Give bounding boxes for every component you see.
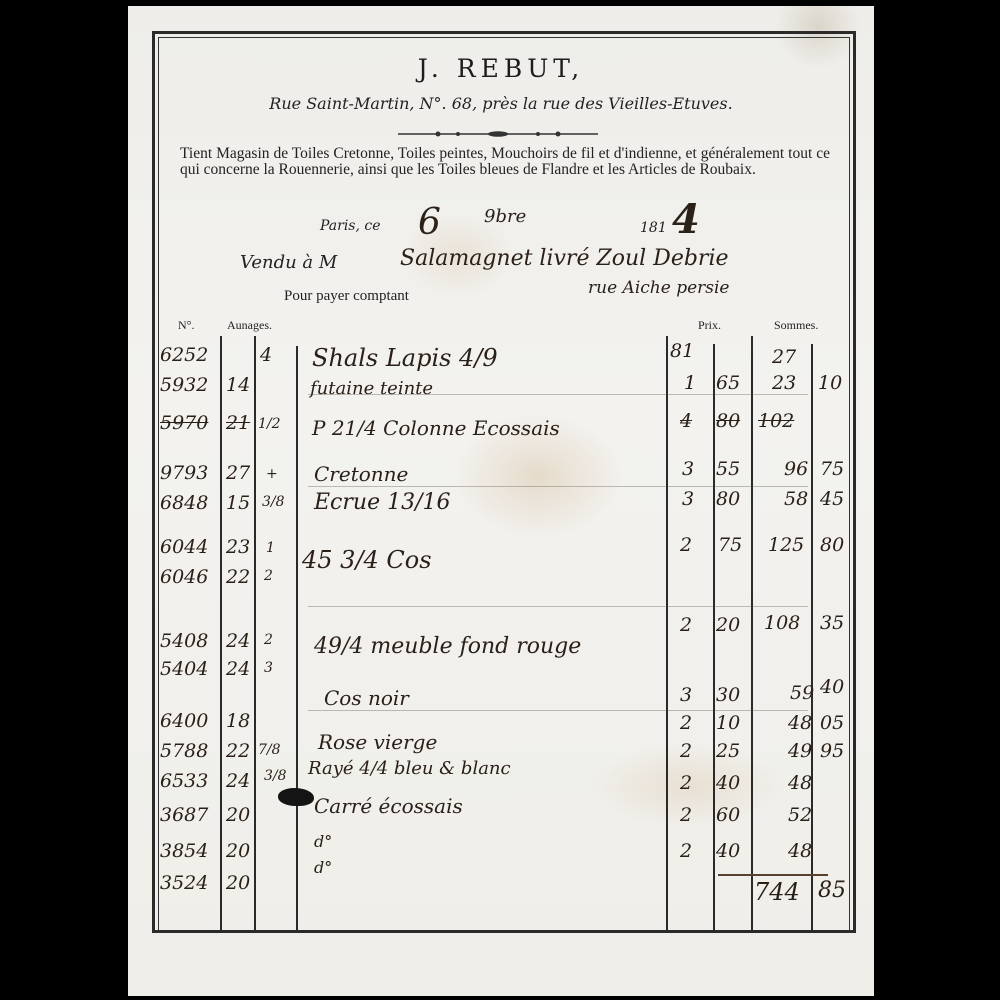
payment-terms: Pour payer comptant [284, 288, 409, 305]
date-day: 6 [418, 202, 441, 243]
item-number: 6252 [160, 344, 208, 366]
item-fraction: 1/2 [258, 416, 281, 432]
customer-name: Salamagnet livré Zoul Debrie [400, 246, 729, 271]
item-sum-francs: 52 [788, 804, 812, 826]
item-number: 6848 [160, 492, 208, 514]
item-fraction: 3/8 [264, 768, 287, 784]
item-description: Rayé 4/4 bleu & blanc [308, 758, 511, 779]
item-price-centimes: 60 [716, 804, 740, 826]
item-price-francs: 1 [684, 372, 696, 394]
item-sum-francs: 59 [790, 682, 814, 704]
total-rule [718, 874, 828, 876]
item-description: Cretonne [314, 462, 408, 486]
header-prix: Prix. [698, 318, 721, 333]
item-number: 3687 [160, 804, 208, 826]
item-price-centimes: 55 [716, 458, 740, 480]
customer-address: rue Aiche persie [588, 278, 729, 298]
item-price-centimes: 40 [716, 840, 740, 862]
date-label: Paris, ce [320, 218, 381, 234]
item-description: Rose vierge [318, 730, 437, 754]
item-number: 6044 [160, 536, 208, 558]
item-sum-francs: 58 [784, 488, 808, 510]
item-price-francs: 2 [680, 614, 692, 636]
item-description: Carré écossais [314, 794, 463, 818]
item-price-centimes: 65 [716, 372, 740, 394]
item-aunes: 20 [226, 804, 250, 826]
item-sum-centimes: 10 [818, 372, 842, 394]
item-sum-francs: 125 [768, 534, 804, 556]
item-number: 6400 [160, 710, 208, 732]
ruled-line [308, 606, 808, 607]
rule-desc [666, 336, 668, 933]
item-price-francs: 3 [682, 488, 694, 510]
item-sum-centimes: 40 [820, 676, 844, 698]
merchant-name: J. REBUT, [128, 54, 874, 83]
item-number: 5404 [160, 658, 208, 680]
date-month: 9bre [484, 206, 526, 227]
header-number: N°. [178, 318, 194, 333]
rule-aunes [254, 336, 256, 933]
item-aunes: 15 [226, 492, 250, 514]
item-aunes: 20 [226, 872, 250, 894]
item-price-francs: 2 [680, 740, 692, 762]
item-aunes: 20 [226, 840, 250, 862]
item-price-centimes: 30 [716, 684, 740, 706]
item-aunes: 18 [226, 710, 250, 732]
item-price-francs: 3 [680, 684, 692, 706]
invoice-paper: J. REBUT, Rue Saint-Martin, N°. 68, près… [128, 6, 874, 996]
item-fraction: + [266, 466, 278, 482]
ink-blot [278, 788, 314, 806]
item-fraction: 1 [266, 540, 275, 556]
item-aunes: 22 [226, 740, 250, 762]
rule-prix-f [713, 344, 715, 933]
item-price-francs: 2 [680, 534, 692, 556]
item-description: P 21/4 Colonne Ecossais [312, 416, 560, 440]
item-price-centimes: 25 [716, 740, 740, 762]
trade-description: Tient Magasin de Toiles Cretonne, Toiles… [180, 146, 830, 178]
item-number: 6046 [160, 566, 208, 588]
total-francs: 744 [754, 878, 800, 906]
item-sum-francs: 108 [764, 612, 800, 634]
date-year-prefix: 181 [640, 220, 667, 236]
item-price-centimes: 80 [716, 488, 740, 510]
item-number: 5408 [160, 630, 208, 652]
item-description: 49/4 meuble fond rouge [314, 634, 581, 659]
item-fraction: 4 [260, 344, 272, 366]
item-sum-francs: 48 [788, 712, 812, 734]
item-price-francs: 2 [680, 804, 692, 826]
item-aunes: 24 [226, 770, 250, 792]
date-year-suffix: 4 [672, 196, 700, 243]
item-price-francs: 2 [680, 840, 692, 862]
item-sum-centimes: 75 [820, 458, 844, 480]
item-number: 5788 [160, 740, 208, 762]
item-sum-centimes: 95 [820, 740, 844, 762]
item-price-francs: 2 [680, 712, 692, 734]
item-description: d° [314, 858, 332, 877]
header-aunages: Aunages. [227, 318, 272, 333]
item-sum-francs: 48 [788, 772, 812, 794]
ornament-divider-icon [398, 131, 598, 137]
item-description: Shals Lapis 4/9 [312, 344, 498, 372]
item-aunes: 22 [226, 566, 250, 588]
item-price-centimes: 20 [716, 614, 740, 636]
sold-to-label: Vendu à M [240, 252, 337, 273]
item-fraction: 3/8 [262, 494, 285, 510]
item-fraction: 2 [264, 568, 273, 584]
item-aunes: 23 [226, 536, 250, 558]
item-number: 9793 [160, 462, 208, 484]
item-sum-francs: 23 [772, 372, 796, 394]
item-price-centimes: 75 [718, 534, 742, 556]
item-number: 6533 [160, 770, 208, 792]
item-price-centimes: 40 [716, 772, 740, 794]
item-aunes: 24 [226, 630, 250, 652]
item-description: Ecrue 13/16 [314, 490, 450, 515]
header-sommes: Sommes. [774, 318, 818, 333]
item-description: 45 3/4 Cos [302, 546, 432, 574]
item-number: 5932 [160, 374, 208, 396]
item-number: 5970 [160, 412, 208, 434]
item-sum-francs: 96 [784, 458, 808, 480]
item-sum-centimes: 45 [820, 488, 844, 510]
item-fraction: 2 [264, 632, 273, 648]
rule-prix [751, 336, 753, 933]
item-number: 3854 [160, 840, 208, 862]
ruled-line [308, 486, 808, 487]
item-sum-centimes: 05 [820, 712, 844, 734]
item-sum-francs: 27 [772, 346, 796, 368]
item-fraction: 7/8 [258, 742, 281, 758]
item-description: d° [314, 832, 332, 851]
item-aunes: 14 [226, 374, 250, 396]
item-description: futaine teinte [310, 378, 433, 399]
rule-frac [296, 346, 298, 933]
total-centimes: 85 [818, 878, 846, 903]
item-aunes: 27 [226, 462, 250, 484]
item-sum-francs: 102 [758, 410, 794, 432]
item-price-centimes: 80 [716, 410, 740, 432]
item-sum-centimes: 80 [820, 534, 844, 556]
item-sum-francs: 48 [788, 840, 812, 862]
item-price-francs: 81 [670, 340, 694, 362]
item-aunes: 24 [226, 658, 250, 680]
item-price-centimes: 10 [716, 712, 740, 734]
item-fraction: 3 [264, 660, 273, 676]
item-sum-centimes: 35 [820, 612, 844, 634]
item-sum-francs: 49 [788, 740, 812, 762]
item-price-francs: 2 [680, 772, 692, 794]
rule-number [220, 336, 222, 933]
ruled-line [308, 710, 808, 711]
item-aunes: 21 [226, 412, 250, 434]
item-description: Cos noir [324, 686, 409, 710]
item-price-francs: 3 [682, 458, 694, 480]
item-price-francs: 4 [680, 410, 692, 432]
item-number: 3524 [160, 872, 208, 894]
merchant-address: Rue Saint-Martin, N°. 68, près la rue de… [128, 94, 874, 113]
